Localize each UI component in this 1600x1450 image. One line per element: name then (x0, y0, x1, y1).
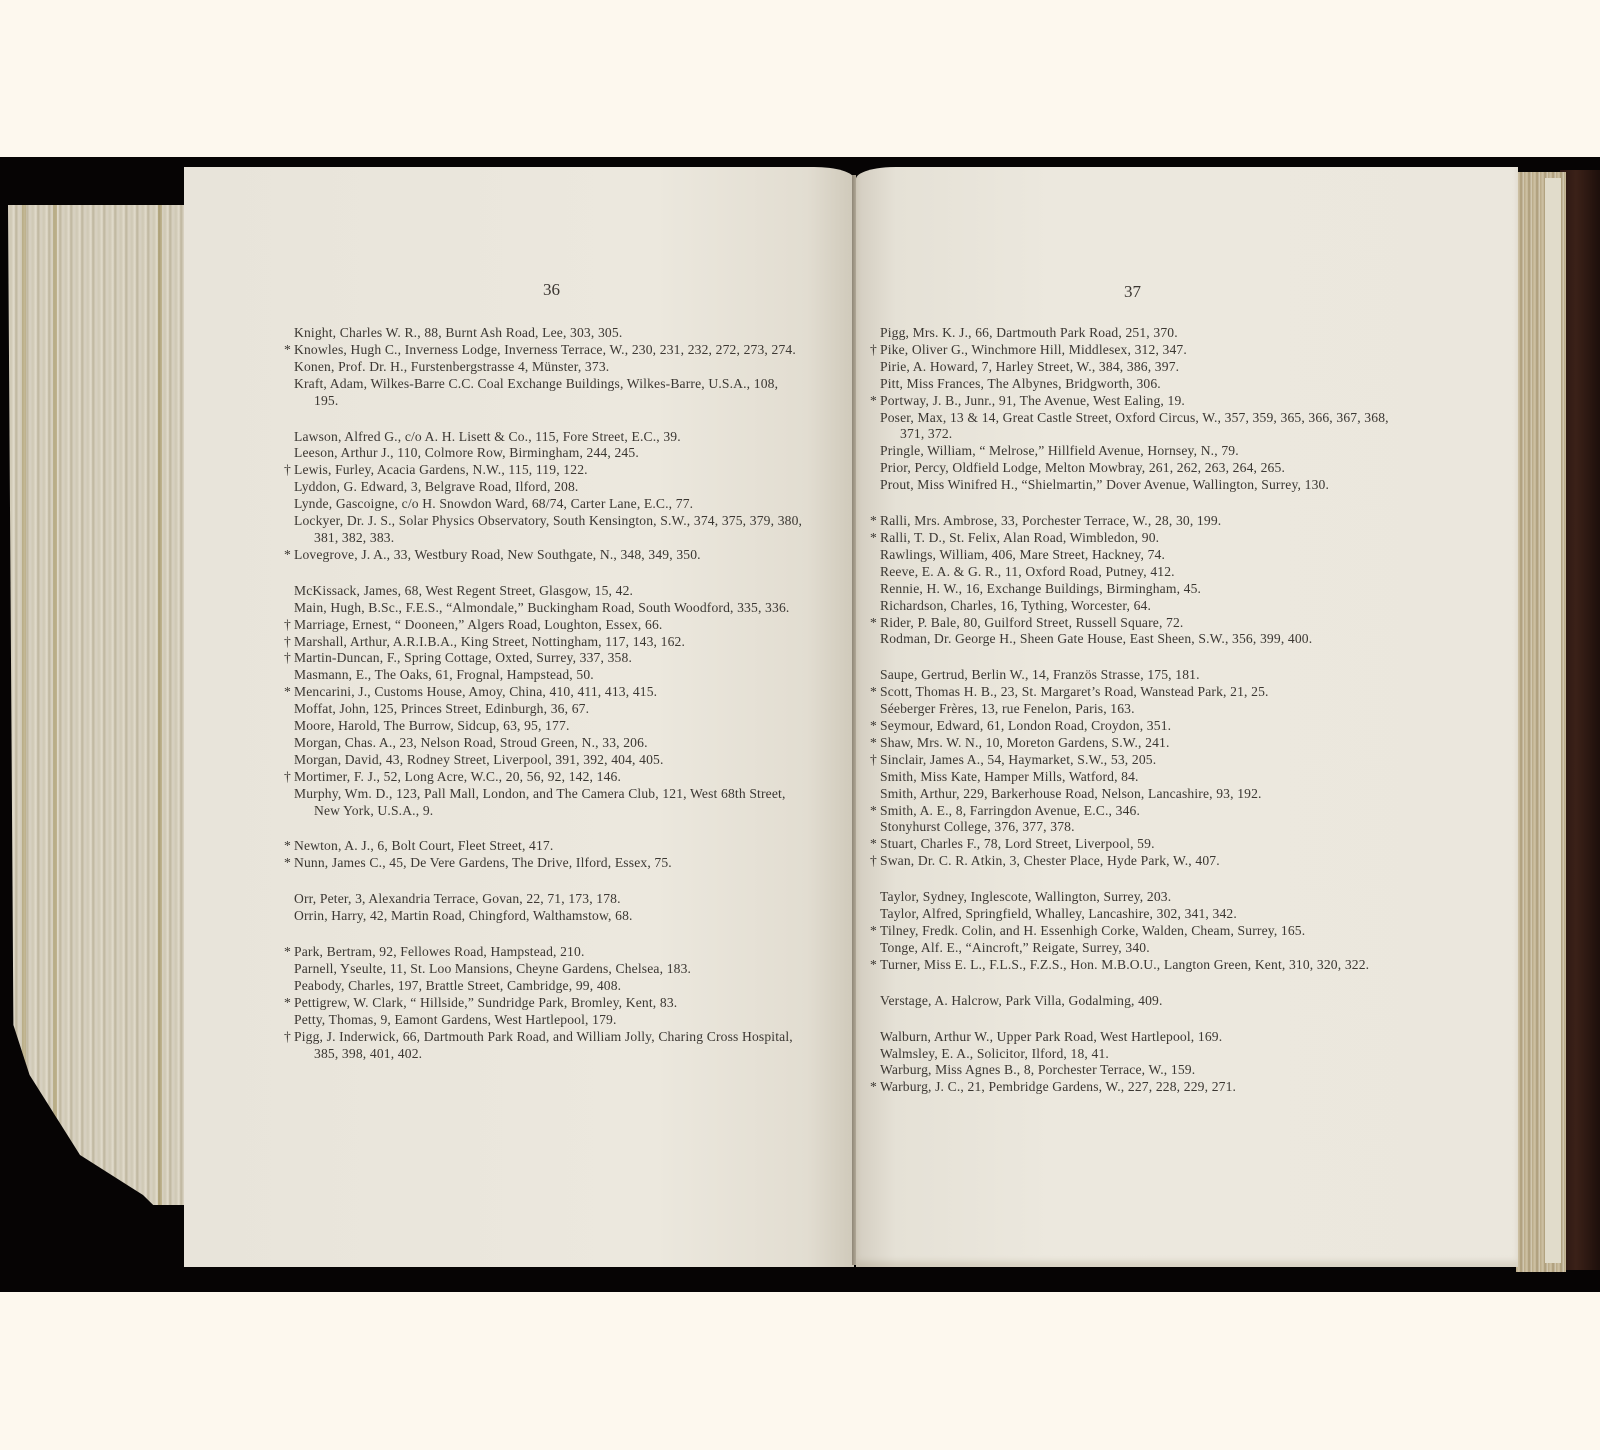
entry-text: Konen, Prof. Dr. H., Furstenbergstrasse … (294, 359, 609, 374)
index-entry: Pringle, William, “ Melrose,” Hillfield … (870, 443, 1410, 460)
index-entry: Richardson, Charles, 16, Tything, Worces… (870, 598, 1410, 615)
entry-text: Lovegrove, J. A., 33, Westbury Road, New… (294, 547, 701, 562)
right-page-edge-lip (1545, 178, 1561, 1263)
entry-text: Stonyhurst College, 376, 377, 378. (880, 819, 1075, 834)
index-entry: Konen, Prof. Dr. H., Furstenbergstrasse … (284, 359, 804, 376)
entry-text: Parnell, Yseulte, 11, St. Loo Mansions, … (294, 961, 691, 976)
entry-text: Taylor, Alfred, Springfield, Whalley, La… (880, 906, 1237, 921)
index-entry: *Pettigrew, W. Clark, “ Hillside,” Sundr… (284, 995, 804, 1012)
entry-mark: * (870, 718, 880, 735)
entry-mark: † (284, 617, 294, 634)
entry-group: Orr, Peter, 3, Alexandria Terrace, Govan… (284, 891, 804, 925)
entry-text: Marshall, Arthur, A.R.I.B.A., King Stree… (294, 634, 685, 649)
entry-mark: † (284, 462, 294, 479)
entry-text: Smith, Arthur, 229, Barkerhouse Road, Ne… (880, 786, 1262, 801)
entry-text: Swan, Dr. C. R. Atkin, 3, Chester Place,… (880, 853, 1220, 868)
entry-text: Petty, Thomas, 9, Eamont Gardens, West H… (294, 1012, 617, 1027)
entry-group: Pigg, Mrs. K. J., 66, Dartmouth Park Roa… (870, 325, 1410, 494)
entry-text: Smith, A. E., 8, Farringdon Avenue, E.C.… (880, 803, 1140, 818)
index-entry: *Stuart, Charles F., 78, Lord Street, Li… (870, 836, 1410, 853)
entry-mark: † (870, 853, 880, 870)
entry-group: Saupe, Gertrud, Berlin W., 14, Französ S… (870, 667, 1410, 870)
entry-text: Rennie, H. W., 16, Exchange Buildings, B… (880, 581, 1201, 596)
index-entry: Rawlings, William, 406, Mare Street, Hac… (870, 547, 1410, 564)
index-entry: *Nunn, James C., 45, De Vere Gardens, Th… (284, 855, 804, 872)
index-entry: Smith, Miss Kate, Hamper Mills, Watford,… (870, 769, 1410, 786)
index-entry: †Swan, Dr. C. R. Atkin, 3, Chester Place… (870, 853, 1410, 870)
index-entry: Tonge, Alf. E., “Aincroft,” Reigate, Sur… (870, 940, 1410, 957)
entry-mark: * (284, 855, 294, 872)
entry-text: Kraft, Adam, Wilkes-Barre C.C. Coal Exch… (294, 376, 778, 408)
entry-mark: † (284, 769, 294, 786)
entry-text: Pigg, Mrs. K. J., 66, Dartmouth Park Roa… (880, 325, 1178, 340)
entry-text: Saupe, Gertrud, Berlin W., 14, Französ S… (880, 667, 1200, 682)
index-entry: †Sinclair, James A., 54, Haymarket, S.W.… (870, 752, 1410, 769)
entry-mark: * (284, 838, 294, 855)
index-entry: Morgan, Chas. A., 23, Nelson Road, Strou… (284, 735, 804, 752)
index-entry: Walburn, Arthur W., Upper Park Road, Wes… (870, 1029, 1410, 1046)
index-entry: Peabody, Charles, 197, Brattle Street, C… (284, 978, 804, 995)
index-entry: †Pike, Oliver G., Winchmore Hill, Middle… (870, 342, 1410, 359)
entry-text: Morgan, Chas. A., 23, Nelson Road, Strou… (294, 735, 648, 750)
index-entry: Stonyhurst College, 376, 377, 378. (870, 819, 1410, 836)
index-entry: Prout, Miss Winifred H., “Shielmartin,” … (870, 477, 1410, 494)
index-entries: Knight, Charles W. R., 88, Burnt Ash Roa… (284, 325, 804, 1081)
index-entry: *Turner, Miss E. L., F.L.S., F.Z.S., Hon… (870, 957, 1410, 974)
entry-mark: * (870, 923, 880, 940)
index-entry: *Mencarini, J., Customs House, Amoy, Chi… (284, 684, 804, 701)
index-entry: Lockyer, Dr. J. S., Solar Physics Observ… (284, 513, 804, 547)
entry-mark: * (870, 836, 880, 853)
entry-text: Smith, Miss Kate, Hamper Mills, Watford,… (880, 769, 1139, 784)
index-entry: Smith, Arthur, 229, Barkerhouse Road, Ne… (870, 786, 1410, 803)
entry-text: Pringle, William, “ Melrose,” Hillfield … (880, 443, 1239, 458)
index-entry: Rennie, H. W., 16, Exchange Buildings, B… (870, 581, 1410, 598)
entry-text: Lockyer, Dr. J. S., Solar Physics Observ… (294, 513, 802, 545)
entry-group: McKissack, James, 68, West Regent Street… (284, 583, 804, 820)
index-entry: Warburg, Miss Agnes B., 8, Porchester Te… (870, 1062, 1410, 1079)
entry-mark: † (870, 752, 880, 769)
index-entry: †Martin-Duncan, F., Spring Cottage, Oxte… (284, 650, 804, 667)
entry-text: Orr, Peter, 3, Alexandria Terrace, Govan… (294, 891, 621, 906)
entry-text: Knight, Charles W. R., 88, Burnt Ash Roa… (294, 325, 622, 340)
entry-text: Moffat, John, 125, Princes Street, Edinb… (294, 701, 589, 716)
index-entry: *Ralli, T. D., St. Felix, Alan Road, Wim… (870, 530, 1410, 547)
entry-group: *Ralli, Mrs. Ambrose, 33, Porchester Ter… (870, 513, 1410, 648)
index-entry: Lynde, Gascoigne, c/o H. Snowdon Ward, 6… (284, 496, 804, 513)
entry-text: Orrin, Harry, 42, Martin Road, Chingford… (294, 908, 633, 923)
entry-text: Seymour, Edward, 61, London Road, Croydo… (880, 718, 1171, 733)
index-entry: Lawson, Alfred G., c/o A. H. Lisett & Co… (284, 429, 804, 446)
entry-text: Pirie, A. Howard, 7, Harley Street, W., … (880, 359, 1179, 374)
entry-text: Lewis, Furley, Acacia Gardens, N.W., 115… (294, 462, 588, 477)
index-entry: Masmann, E., The Oaks, 61, Frognal, Hamp… (284, 667, 804, 684)
entry-text: Rodman, Dr. George H., Sheen Gate House,… (880, 631, 1312, 646)
entry-text: Séeberger Frères, 13, rue Fenelon, Paris… (880, 701, 1135, 716)
entry-text: Sinclair, James A., 54, Haymarket, S.W.,… (880, 752, 1156, 767)
index-entry: Kraft, Adam, Wilkes-Barre C.C. Coal Exch… (284, 376, 804, 410)
entry-text: Tilney, Fredk. Colin, and H. Essenhigh C… (880, 923, 1305, 938)
index-entry: Leeson, Arthur J., 110, Colmore Row, Bir… (284, 445, 804, 462)
entry-mark: * (284, 547, 294, 564)
entry-group: *Park, Bertram, 92, Fellowes Road, Hamps… (284, 944, 804, 1062)
index-entry: Walmsley, E. A., Solicitor, Ilford, 18, … (870, 1046, 1410, 1063)
index-entry: *Portway, J. B., Junr., 91, The Avenue, … (870, 393, 1410, 410)
entry-text: Prior, Percy, Oldfield Lodge, Melton Mow… (880, 460, 1285, 475)
entry-group: *Newton, A. J., 6, Bolt Court, Fleet Str… (284, 838, 804, 872)
index-entry: Main, Hugh, B.Sc., F.E.S., “Almondale,” … (284, 600, 804, 617)
left-page: 36 Knight, Charles W. R., 88, Burnt Ash … (184, 167, 854, 1267)
index-entry: Taylor, Sydney, Inglescote, Wallington, … (870, 889, 1410, 906)
index-entry: Orrin, Harry, 42, Martin Road, Chingford… (284, 908, 804, 925)
entry-text: Rawlings, William, 406, Mare Street, Hac… (880, 547, 1165, 562)
index-entry: *Ralli, Mrs. Ambrose, 33, Porchester Ter… (870, 513, 1410, 530)
entry-mark: † (284, 1029, 294, 1046)
entry-mark: * (870, 1079, 880, 1096)
entry-mark: * (870, 513, 880, 530)
left-page-edges (8, 205, 188, 1205)
entry-text: Leeson, Arthur J., 110, Colmore Row, Bir… (294, 445, 639, 460)
entry-mark: * (870, 530, 880, 547)
entry-text: Walburn, Arthur W., Upper Park Road, Wes… (880, 1029, 1222, 1044)
entry-text: Shaw, Mrs. W. N., 10, Moreton Gardens, S… (880, 735, 1170, 750)
index-entry: Saupe, Gertrud, Berlin W., 14, Französ S… (870, 667, 1410, 684)
index-entry: Pirie, A. Howard, 7, Harley Street, W., … (870, 359, 1410, 376)
entry-text: Mencarini, J., Customs House, Amoy, Chin… (294, 684, 657, 699)
index-entry: Taylor, Alfred, Springfield, Whalley, La… (870, 906, 1410, 923)
entry-mark: * (870, 957, 880, 974)
entry-text: Newton, A. J., 6, Bolt Court, Fleet Stre… (294, 838, 553, 853)
entry-group: Taylor, Sydney, Inglescote, Wallington, … (870, 889, 1410, 974)
entry-text: Lyddon, G. Edward, 3, Belgrave Road, Ilf… (294, 479, 578, 494)
index-entry: †Lewis, Furley, Acacia Gardens, N.W., 11… (284, 462, 804, 479)
index-entry: †Marshall, Arthur, A.R.I.B.A., King Stre… (284, 634, 804, 651)
index-entry: Rodman, Dr. George H., Sheen Gate House,… (870, 631, 1410, 648)
entry-text: Tonge, Alf. E., “Aincroft,” Reigate, Sur… (880, 940, 1150, 955)
entry-text: Murphy, Wm. D., 123, Pall Mall, London, … (294, 786, 786, 818)
index-entry: Lyddon, G. Edward, 3, Belgrave Road, Ilf… (284, 479, 804, 496)
entry-text: Nunn, James C., 45, De Vere Gardens, The… (294, 855, 672, 870)
index-entry: †Pigg, J. Inderwick, 66, Dartmouth Park … (284, 1029, 804, 1063)
index-entry: Reeve, E. A. & G. R., 11, Oxford Road, P… (870, 564, 1410, 581)
entry-text: Richardson, Charles, 16, Tything, Worces… (880, 598, 1151, 613)
entry-mark: * (870, 684, 880, 701)
index-entry: Moffat, John, 125, Princes Street, Edinb… (284, 701, 804, 718)
entry-text: Masmann, E., The Oaks, 61, Frognal, Hamp… (294, 667, 594, 682)
entry-mark: † (284, 634, 294, 651)
entry-text: Pigg, J. Inderwick, 66, Dartmouth Park R… (294, 1029, 793, 1061)
book-cover-edge (1560, 170, 1600, 1270)
entry-text: Lawson, Alfred G., c/o A. H. Lisett & Co… (294, 429, 681, 444)
index-entry: †Mortimer, F. J., 52, Long Acre, W.C., 2… (284, 769, 804, 786)
entry-text: Walmsley, E. A., Solicitor, Ilford, 18, … (880, 1046, 1109, 1061)
entry-mark: † (870, 342, 880, 359)
entry-mark: † (284, 650, 294, 667)
entry-text: Park, Bertram, 92, Fellowes Road, Hampst… (294, 944, 585, 959)
entry-text: Taylor, Sydney, Inglescote, Wallington, … (880, 889, 1171, 904)
entry-text: Verstage, A. Halcrow, Park Villa, Godalm… (880, 993, 1163, 1008)
entry-mark: * (284, 995, 294, 1012)
index-entry: *Tilney, Fredk. Colin, and H. Essenhigh … (870, 923, 1410, 940)
entry-text: Marriage, Ernest, “ Dooneen,” Algers Roa… (294, 617, 662, 632)
entry-text: Rider, P. Bale, 80, Guilford Street, Rus… (880, 615, 1184, 630)
entry-text: McKissack, James, 68, West Regent Street… (294, 583, 633, 598)
index-entry: Verstage, A. Halcrow, Park Villa, Godalm… (870, 993, 1410, 1010)
index-entry: McKissack, James, 68, West Regent Street… (284, 583, 804, 600)
index-entry: *Newton, A. J., 6, Bolt Court, Fleet Str… (284, 838, 804, 855)
index-entry: Pitt, Miss Frances, The Albynes, Bridgwo… (870, 376, 1410, 393)
index-entry: *Scott, Thomas H. B., 23, St. Margaret’s… (870, 684, 1410, 701)
entry-text: Pike, Oliver G., Winchmore Hill, Middles… (880, 342, 1187, 357)
entry-text: Scott, Thomas H. B., 23, St. Margaret’s … (880, 684, 1269, 699)
index-entry: *Smith, A. E., 8, Farringdon Avenue, E.C… (870, 803, 1410, 820)
entry-text: Turner, Miss E. L., F.L.S., F.Z.S., Hon.… (880, 957, 1369, 972)
entry-mark: * (870, 393, 880, 410)
index-entry: Knight, Charles W. R., 88, Burnt Ash Roa… (284, 325, 804, 342)
entry-mark: * (284, 684, 294, 701)
page-edge-stain (158, 205, 162, 1205)
entry-text: Reeve, E. A. & G. R., 11, Oxford Road, P… (880, 564, 1175, 579)
entry-text: Knowles, Hugh C., Inverness Lodge, Inver… (294, 342, 796, 357)
index-entry: *Park, Bertram, 92, Fellowes Road, Hamps… (284, 944, 804, 961)
entry-text: Portway, J. B., Junr., 91, The Avenue, W… (880, 393, 1185, 408)
right-page: 37 Pigg, Mrs. K. J., 66, Dartmouth Park … (856, 167, 1518, 1267)
index-entry: Pigg, Mrs. K. J., 66, Dartmouth Park Roa… (870, 325, 1410, 342)
entry-mark: * (870, 615, 880, 632)
entry-group: Verstage, A. Halcrow, Park Villa, Godalm… (870, 993, 1410, 1010)
index-entry: Murphy, Wm. D., 123, Pall Mall, London, … (284, 786, 804, 820)
entry-mark: * (870, 735, 880, 752)
entry-text: Poser, Max, 13 & 14, Great Castle Street… (880, 410, 1389, 442)
index-entry: *Warburg, J. C., 21, Pembridge Gardens, … (870, 1079, 1410, 1096)
entry-text: Lynde, Gascoigne, c/o H. Snowdon Ward, 6… (294, 496, 693, 511)
entry-text: Mortimer, F. J., 52, Long Acre, W.C., 20… (294, 769, 621, 784)
page-number: 36 (543, 280, 560, 300)
entry-text: Moore, Harold, The Burrow, Sidcup, 63, 9… (294, 718, 570, 733)
entry-text: Ralli, T. D., St. Felix, Alan Road, Wimb… (880, 530, 1159, 545)
entry-text: Main, Hugh, B.Sc., F.E.S., “Almondale,” … (294, 600, 789, 615)
index-entry: *Seymour, Edward, 61, London Road, Croyd… (870, 718, 1410, 735)
entry-text: Warburg, J. C., 21, Pembridge Gardens, W… (880, 1079, 1236, 1094)
entry-text: Prout, Miss Winifred H., “Shielmartin,” … (880, 477, 1329, 492)
index-entry: *Shaw, Mrs. W. N., 10, Moreton Gardens, … (870, 735, 1410, 752)
entry-mark: * (870, 803, 880, 820)
entry-text: Pitt, Miss Frances, The Albynes, Bridgwo… (880, 376, 1161, 391)
index-entry: Petty, Thomas, 9, Eamont Gardens, West H… (284, 1012, 804, 1029)
index-entry: Morgan, David, 43, Rodney Street, Liverp… (284, 752, 804, 769)
index-entry: *Rider, P. Bale, 80, Guilford Street, Ru… (870, 615, 1410, 632)
entry-group: Knight, Charles W. R., 88, Burnt Ash Roa… (284, 325, 804, 410)
index-entry: Poser, Max, 13 & 14, Great Castle Street… (870, 410, 1410, 444)
index-entry: Parnell, Yseulte, 11, St. Loo Mansions, … (284, 961, 804, 978)
entry-mark: * (284, 342, 294, 359)
entry-group: Walburn, Arthur W., Upper Park Road, Wes… (870, 1029, 1410, 1097)
page-edge-stain (53, 205, 57, 1205)
entry-text: Peabody, Charles, 197, Brattle Street, C… (294, 978, 621, 993)
index-entry: †Marriage, Ernest, “ Dooneen,” Algers Ro… (284, 617, 804, 634)
page-number: 37 (1124, 282, 1141, 302)
index-entry: *Knowles, Hugh C., Inverness Lodge, Inve… (284, 342, 804, 359)
index-entries: Pigg, Mrs. K. J., 66, Dartmouth Park Roa… (870, 325, 1410, 1115)
entry-text: Martin-Duncan, F., Spring Cottage, Oxted… (294, 650, 632, 665)
entry-text: Pettigrew, W. Clark, “ Hillside,” Sundri… (294, 995, 677, 1010)
index-entry: Séeberger Frères, 13, rue Fenelon, Paris… (870, 701, 1410, 718)
entry-group: Lawson, Alfred G., c/o A. H. Lisett & Co… (284, 429, 804, 564)
entry-text: Ralli, Mrs. Ambrose, 33, Porchester Terr… (880, 513, 1221, 528)
index-entry: *Lovegrove, J. A., 33, Westbury Road, Ne… (284, 547, 804, 564)
entry-text: Stuart, Charles F., 78, Lord Street, Liv… (880, 836, 1155, 851)
entry-mark: * (284, 944, 294, 961)
index-entry: Prior, Percy, Oldfield Lodge, Melton Mow… (870, 460, 1410, 477)
entry-text: Warburg, Miss Agnes B., 8, Porchester Te… (880, 1062, 1195, 1077)
entry-text: Morgan, David, 43, Rodney Street, Liverp… (294, 752, 664, 767)
index-entry: Moore, Harold, The Burrow, Sidcup, 63, 9… (284, 718, 804, 735)
index-entry: Orr, Peter, 3, Alexandria Terrace, Govan… (284, 891, 804, 908)
